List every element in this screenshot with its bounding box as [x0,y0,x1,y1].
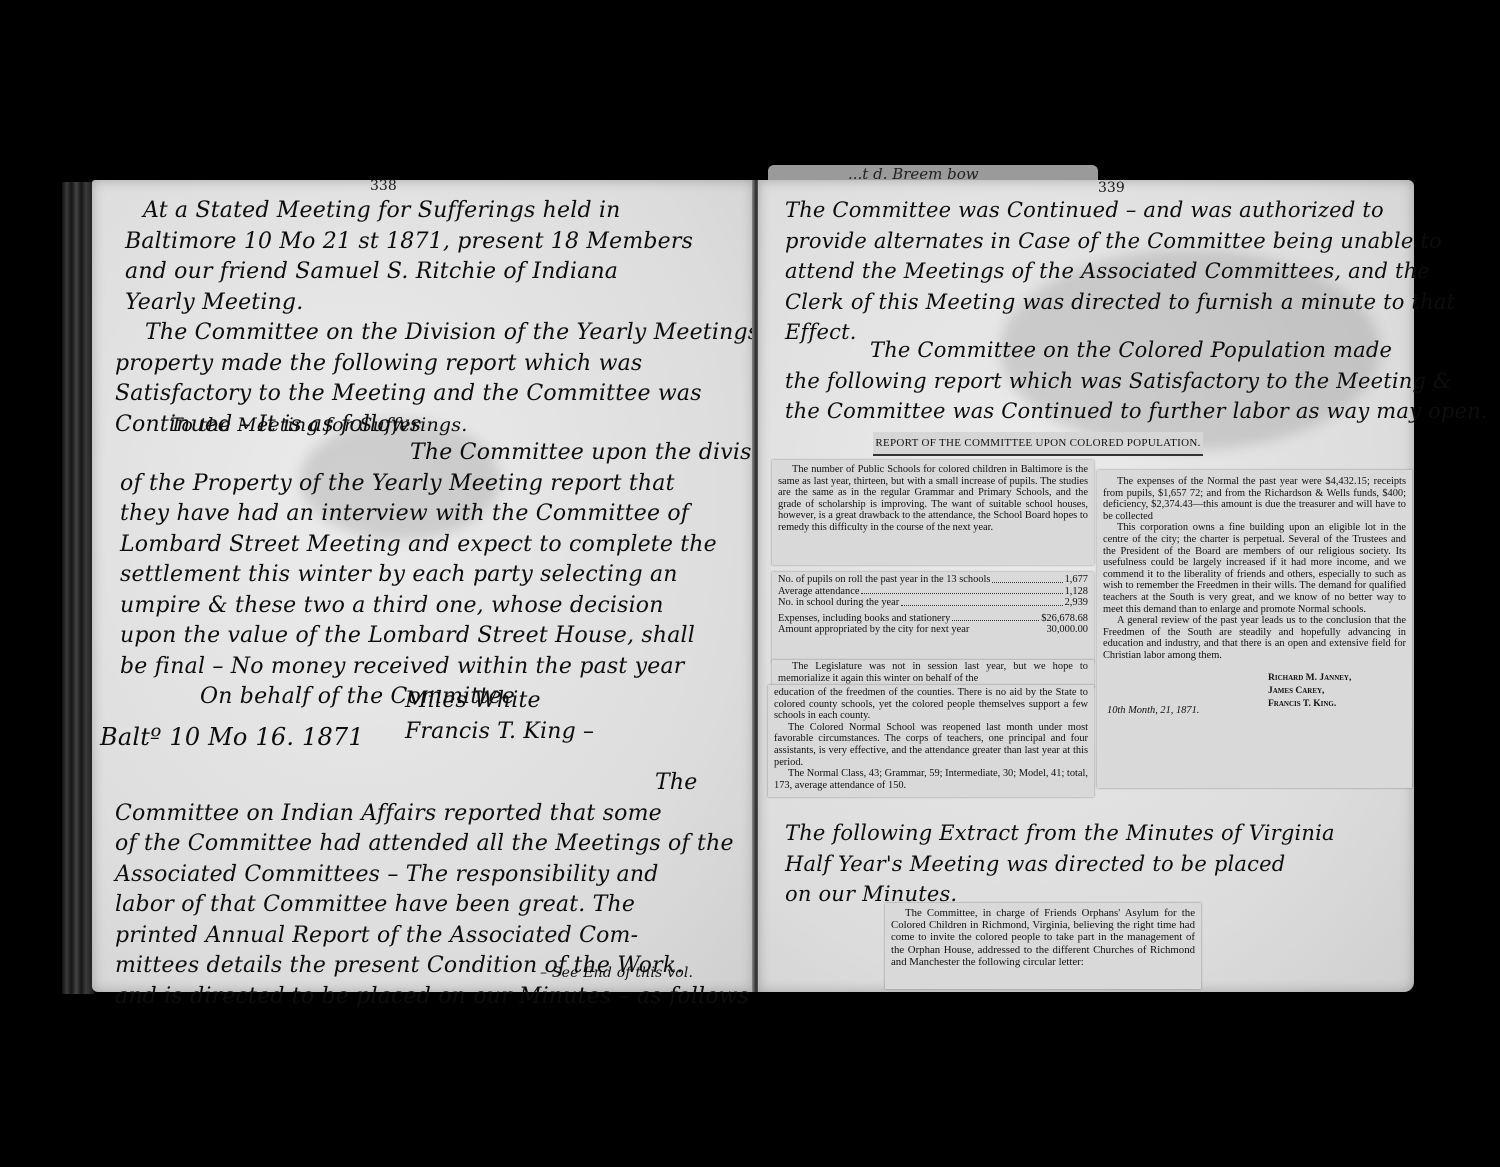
virginia-extract-intro: The following Extract from the Minutes o… [785,818,1335,910]
book-binding [62,182,94,994]
money-row: Amount appropriated by the city for next… [778,624,1088,636]
text-line: property made the following report which… [115,349,759,380]
text-line: settlement this winter by each party sel… [120,560,787,591]
text-line: At a Stated Meeting for Sufferings held … [143,196,693,227]
money-label: Amount appropriated by the city for next… [778,624,969,636]
see-end-of-volume-note: – See End of this vol. [540,958,693,989]
text-line: the Committee was Continued to further l… [785,396,1488,427]
text-line: Half Year's Meeting was directed to be p… [785,849,1335,880]
clipping-paragraph: The Colored Normal School was reopened l… [774,722,1088,768]
text-line: of the Property of the Yearly Meeting re… [120,469,787,500]
stat-value: 2,939 [1065,597,1088,609]
text-line: umpire & these two a third one, whose de… [120,591,787,622]
report-date: Baltº 10 Mo 16. 1871 [100,722,364,753]
clipping-paragraph: A general review of the past year leads … [1103,615,1406,661]
money-value: $26,678.68 [1041,613,1088,625]
clipping-paragraph: The expenses of the Normal the past year… [1103,476,1406,522]
text-line: provide alternates in Case of the Commit… [785,226,1455,257]
stat-label: Average attendance [778,586,859,598]
text-line: The following Extract from the Minutes o… [785,818,1335,849]
indian-affairs-continued: The Committee was Continued – and was au… [785,195,1455,348]
signer-name: Richard M. Janney, [1268,672,1406,685]
clipping-report-legislature: The Legislature was not in session last … [772,660,1094,688]
clipping-virginia-orphans-asylum: The Committee, in charge of Friends Orph… [885,903,1201,989]
clipping-report-title: REPORT OF THE COMMITTEE UPON COLORED POP… [873,432,1203,456]
text-line: The Committee upon the division [410,438,787,469]
clipping-paragraph: The Normal Class, 43; Grammar, 59; Inter… [774,768,1088,791]
text-line: attend the Meetings of the Associated Co… [785,256,1455,287]
colored-population-intro: The Committee on the Colored Population … [785,335,1488,427]
text-line: the following report which was Satisfact… [785,366,1488,397]
text-line: The Committee on the Division of the Yea… [145,318,759,349]
text-line: Clerk of this Meeting was directed to fu… [785,287,1455,318]
signatures: Miles White Francis T. King – [405,686,594,747]
money-value: 30,000.00 [1046,624,1088,636]
clipping-paragraph: education of the freedmen of the countie… [774,687,1088,722]
clipping-report-column1-lower: education of the freedmen of the countie… [768,685,1094,797]
report-salutation: To the Meeting for Sufferings. [170,410,467,441]
report-date: 10th Month, 21, 1871. [1107,705,1406,717]
signer-name: Francis T. King – [405,717,594,748]
clipping-paragraph: The number of Public Schools for colored… [778,464,1088,534]
stat-row: No. of pupils on roll the past year in t… [778,574,1088,586]
text-line: and our friend Samuel S. Ritchie of Indi… [125,257,693,288]
text-line: Yearly Meeting. [125,288,693,319]
signer-name: Miles White [405,686,594,717]
stat-row: Average attendance1,128 [778,586,1088,598]
stat-label: No. of pupils on roll the past year in t… [778,574,990,586]
stat-row: No. in school during the year2,939 [778,597,1088,609]
stat-value: 1,128 [1065,586,1088,598]
stat-value: 1,677 [1065,574,1088,586]
left-page-number: 338 [370,178,397,194]
text-line: upon the value of the Lombard Street Hou… [120,621,787,652]
clipping-paragraph: The Committee, in charge of Friends Orph… [891,907,1195,968]
text-line: Baltimore 10 Mo 21 st 1871, present 18 M… [125,227,693,258]
clipping-report-column2: The expenses of the Normal the past year… [1097,470,1412,788]
clipping-report-statistics: No. of pupils on roll the past year in t… [772,572,1094,662]
meeting-heading: At a Stated Meeting for Sufferings held … [143,196,693,318]
text-line: of the Committee had attended all the Me… [115,829,749,860]
right-page-number: 339 [1098,180,1125,196]
text-line: The Committee on the Colored Population … [870,335,1488,366]
money-label: Expenses, including books and stationery [778,613,950,625]
text-line: Lombard Street Meeting and expect to com… [120,530,787,561]
text-line: labor of that Committee have been great.… [115,890,749,921]
text-line: they have had an interview with the Comm… [120,499,787,530]
signer-name: James Carey, [1268,685,1406,698]
clipping-paragraph: This corporation owns a fine building up… [1103,522,1406,615]
text-line: printed Annual Report of the Associated … [115,921,749,952]
money-row: Expenses, including books and stationery… [778,613,1088,625]
text-line: Satisfactory to the Meeting and the Comm… [115,379,759,410]
text-line: Associated Committees – The responsibili… [115,860,749,891]
text-line: Committee on Indian Affairs reported tha… [115,799,749,830]
division-committee-report: The Committee upon the division of the P… [120,438,787,713]
text-line: be final – No money received within the … [120,652,787,683]
text-line: The Committee was Continued – and was au… [785,195,1455,226]
clipping-report-column1-intro: The number of Public Schools for colored… [772,460,1094,565]
stat-label: No. in school during the year [778,597,899,609]
text-line: The [655,768,749,799]
clipping-paragraph: The Legislature was not in session last … [778,661,1088,684]
